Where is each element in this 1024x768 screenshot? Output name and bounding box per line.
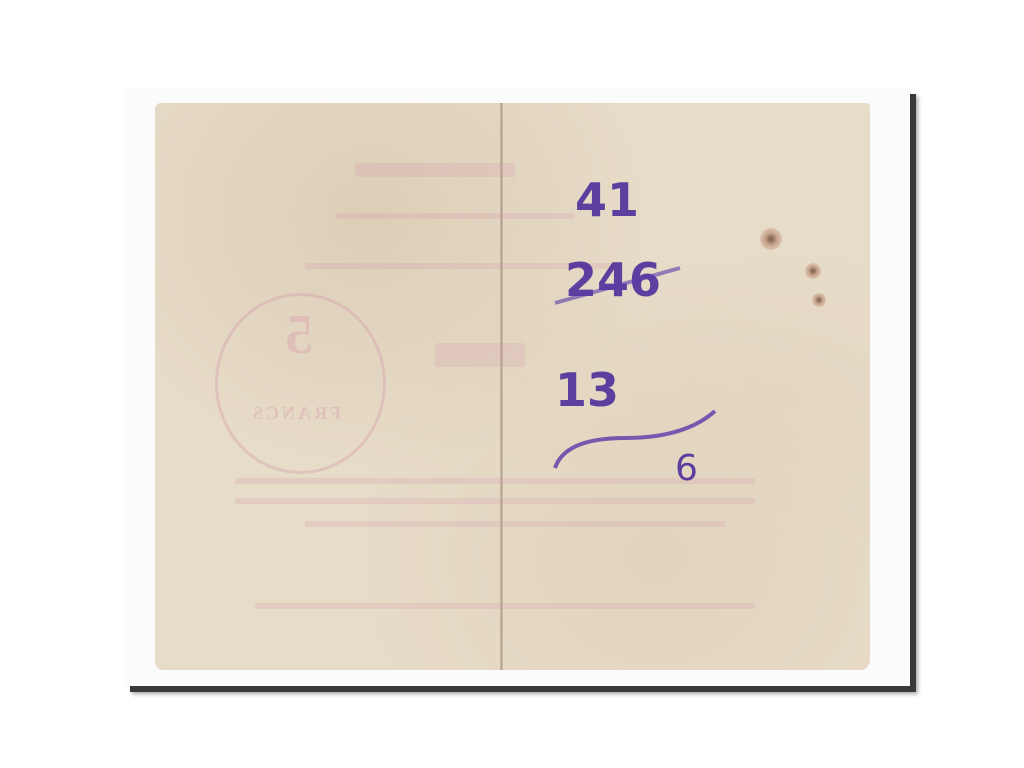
stain-spot (805, 263, 821, 279)
fold-crease (500, 103, 503, 670)
ink-cross-stroke (550, 253, 690, 313)
stain-spot (812, 293, 826, 307)
stamp-denomination: 5 (285, 303, 313, 367)
banknote: 5 FRANCS 41 246 13 6 (155, 103, 870, 670)
stain-spot (760, 228, 782, 250)
bleed-through-heading (355, 163, 515, 177)
bleed-through-line (305, 521, 725, 527)
stamp-word: FRANCS (250, 403, 341, 424)
bleed-through-line (255, 603, 755, 609)
bleed-through-value (435, 343, 525, 367)
bleed-through-line (235, 498, 755, 504)
ink-underline-stroke (545, 403, 725, 473)
bleed-through-line (335, 213, 575, 219)
handwriting-line-1: 41 (575, 173, 639, 227)
